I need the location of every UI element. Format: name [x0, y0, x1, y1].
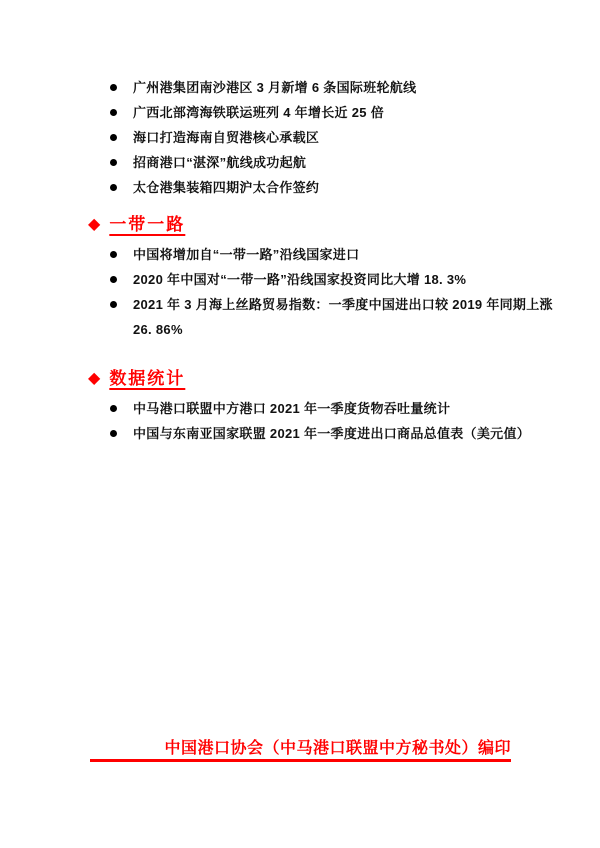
toc-entry: 太仓港集装箱四期沪太合作签约 [133, 175, 319, 200]
document-page: 广州港集团南沙港区 3 月新增 6 条国际班轮航线 广西北部湾海铁联运班列 4 … [0, 0, 600, 848]
toc-entry: 海口打造海南自贸港核心承载区 [133, 125, 319, 150]
list-item: 广西北部湾海铁联运班列 4 年增长近 25 倍 [110, 100, 540, 125]
bullet-icon [110, 301, 117, 308]
section-title: 一带一路 [109, 212, 185, 237]
list-item: 中国与东南亚国家联盟 2021 年一季度进出口商品总值表（美元值） [110, 421, 540, 446]
toc-entry: 中国将增加自“一带一路”沿线国家进口 [133, 242, 359, 267]
toc-entry-line-2: 26. 86% [133, 317, 553, 342]
bullet-icon [110, 184, 117, 191]
toc-entry: 中马港口联盟中方港口 2021 年一季度货物吞吐量统计 [133, 396, 450, 421]
bullet-icon [110, 84, 117, 91]
section-header-data-statistics: ◆ 数据统计 [0, 366, 600, 391]
toc-entry: 中国与东南亚国家联盟 2021 年一季度进出口商品总值表（美元值） [133, 421, 530, 446]
toc-entry: 招商港口“湛深”航线成功起航 [133, 150, 306, 175]
list-item: 海口打造海南自贸港核心承载区 [110, 125, 540, 150]
section-header-belt-and-road: ◆ 一带一路 [0, 212, 600, 237]
list-item: 中马港口联盟中方港口 2021 年一季度货物吞吐量统计 [110, 396, 540, 421]
top-bullet-list: 广州港集团南沙港区 3 月新增 6 条国际班轮航线 广西北部湾海铁联运班列 4 … [0, 75, 600, 200]
list-item: 2021 年 3 月海上丝路贸易指数：一季度中国进出口较 2019 年同期上涨 … [110, 292, 540, 342]
bullet-icon [110, 159, 117, 166]
diamond-icon: ◆ [88, 212, 100, 237]
toc-entry: 2020 年中国对“一带一路”沿线国家投资同比大增 18. 3% [133, 267, 466, 292]
diamond-icon: ◆ [88, 366, 100, 391]
list-item: 招商港口“湛深”航线成功起航 [110, 150, 540, 175]
bullet-icon [110, 276, 117, 283]
list-item: 2020 年中国对“一带一路”沿线国家投资同比大增 18. 3% [110, 267, 540, 292]
toc-entry: 广西北部湾海铁联运班列 4 年增长近 25 倍 [133, 100, 384, 125]
bullet-icon [110, 430, 117, 437]
list-item: 广州港集团南沙港区 3 月新增 6 条国际班轮航线 [110, 75, 540, 100]
footer-imprint-text: 中国港口协会（中马港口联盟中方秘书处）编印 [164, 740, 511, 757]
data-statistics-bullet-list: 中马港口联盟中方港口 2021 年一季度货物吞吐量统计 中国与东南亚国家联盟 2… [0, 396, 600, 446]
toc-entry-line-1: 2021 年 3 月海上丝路贸易指数：一季度中国进出口较 2019 年同期上涨 [133, 292, 553, 317]
list-item: 中国将增加自“一带一路”沿线国家进口 [110, 242, 540, 267]
bullet-icon [110, 405, 117, 412]
footer-imprint: 中国港口协会（中马港口联盟中方秘书处）编印 [90, 740, 511, 762]
list-item: 太仓港集装箱四期沪太合作签约 [110, 175, 540, 200]
bullet-icon [110, 109, 117, 116]
toc-entry: 广州港集团南沙港区 3 月新增 6 条国际班轮航线 [133, 75, 416, 100]
belt-and-road-bullet-list: 中国将增加自“一带一路”沿线国家进口 2020 年中国对“一带一路”沿线国家投资… [0, 242, 600, 342]
bullet-icon [110, 134, 117, 141]
section-title: 数据统计 [109, 366, 185, 391]
bullet-icon [110, 251, 117, 258]
toc-content: 广州港集团南沙港区 3 月新增 6 条国际班轮航线 广西北部湾海铁联运班列 4 … [0, 0, 600, 446]
